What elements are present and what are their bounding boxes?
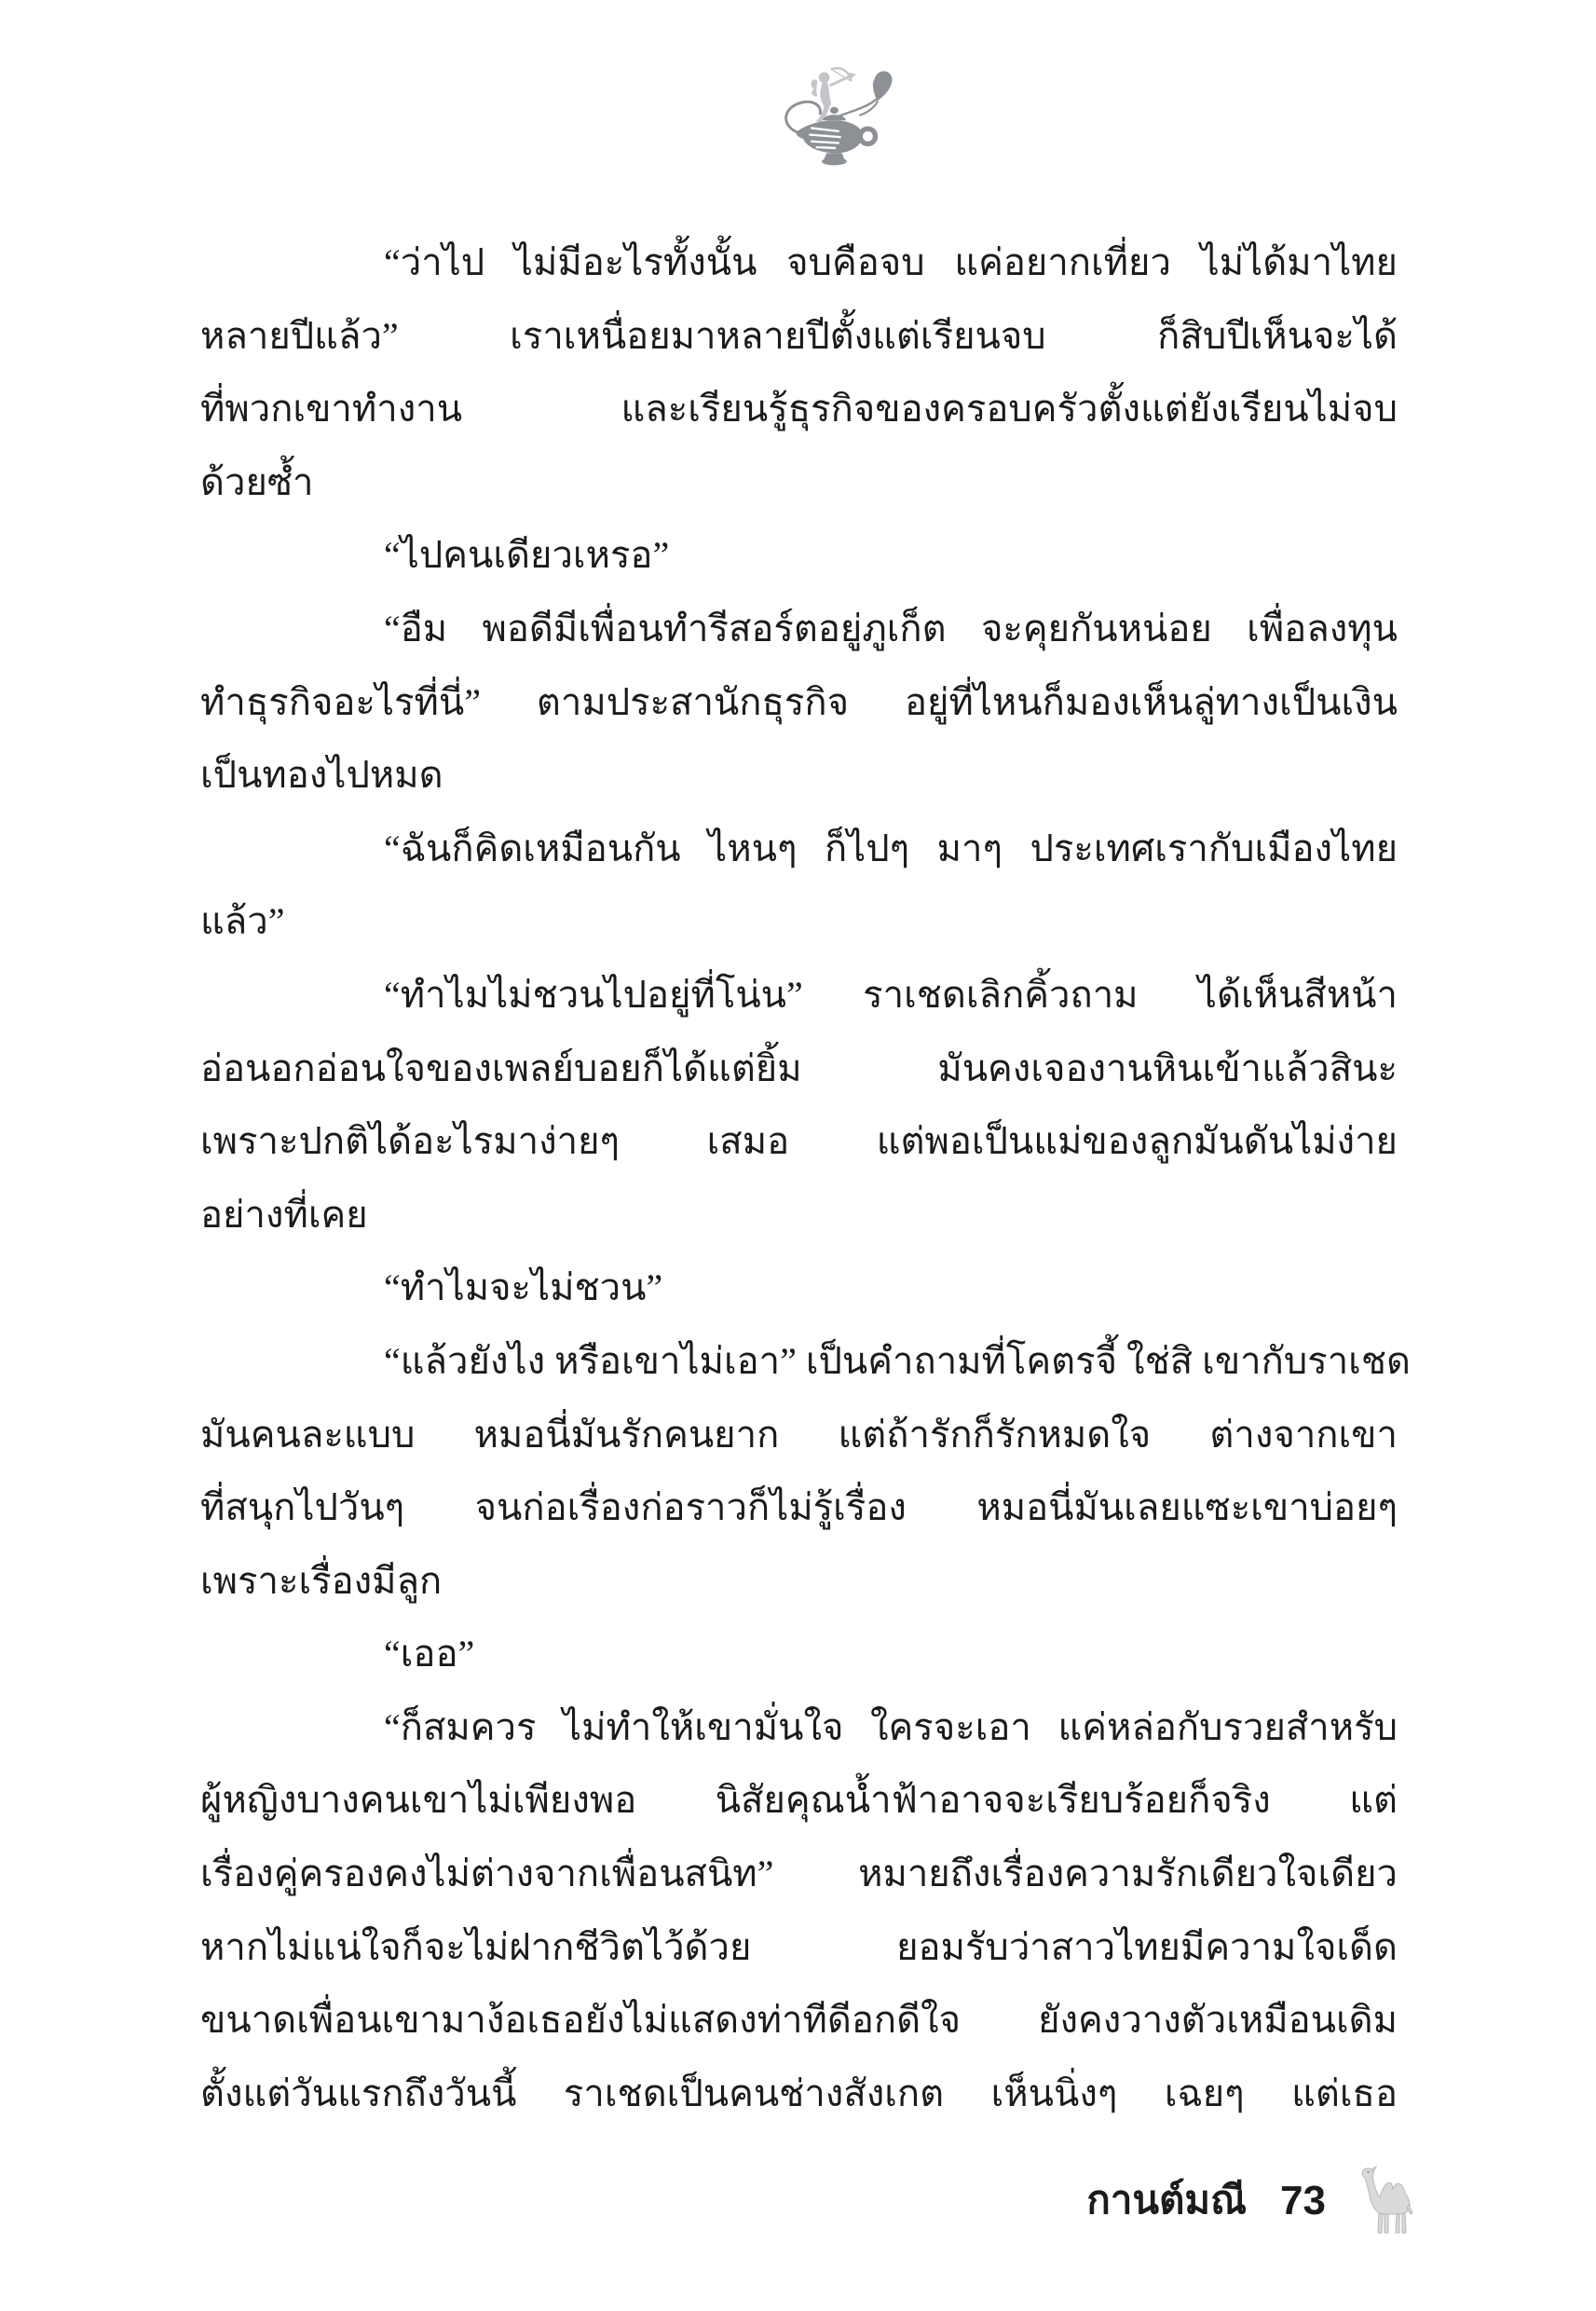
text-line: “เออ” bbox=[200, 1618, 1398, 1691]
text-line: มันคนละแบบ หมอนี่มันรักคนยาก แต่ถ้ารักก็… bbox=[200, 1399, 1398, 1472]
text-line: “แล้วยังไง หรือเขาไม่เอา” เป็นคำถามที่โค… bbox=[200, 1325, 1398, 1399]
text-line: ขนาดเพื่อนเขามาง้อเธอยังไม่แสดงท่าทีดีอก… bbox=[200, 1984, 1398, 2058]
text-line: ทำธุรกิจอะไรที่นี่” ตามประสานักธุรกิจ อย… bbox=[200, 666, 1398, 740]
text-line: “ทำไมจะไม่ชวน” bbox=[200, 1251, 1398, 1325]
text-line: “ฉันก็คิดเหมือนกัน ไหนๆ ก็ไปๆ มาๆ ประเทศ… bbox=[200, 813, 1398, 886]
lamp-cupid-ornament-icon bbox=[779, 54, 896, 173]
text-line: ที่พวกเขาทำงาน และเรียนรู้ธุรกิจของครอบค… bbox=[200, 373, 1398, 446]
body-text: “ว่าไป ไม่มีอะไรทั้งนั้น จบคือจบ แค่อยาก… bbox=[200, 226, 1398, 2130]
text-line: เรื่องคู่ครองคงไม่ต่างจากเพื่อนสนิท” หมา… bbox=[200, 1838, 1398, 1911]
text-line: “ก็สมควร ไม่ทำให้เขามั่นใจ ใครจะเอา แค่ห… bbox=[200, 1691, 1398, 1765]
book-page: “ว่าไป ไม่มีอะไรทั้งนั้น จบคือจบ แค่อยาก… bbox=[0, 0, 1596, 2311]
text-line: เป็นทองไปหมด bbox=[200, 739, 1398, 813]
camel-icon bbox=[1354, 2164, 1421, 2238]
text-line: “ไปคนเดียวเหรอ” bbox=[200, 519, 1398, 593]
text-line: แล้ว” bbox=[200, 885, 1398, 959]
footer-book-title: กานต์มณี bbox=[1086, 2164, 1247, 2238]
text-line: เพราะปกติได้อะไรมาง่ายๆ เสมอ แต่พอเป็นแม… bbox=[200, 1105, 1398, 1179]
text-line: อย่างที่เคย bbox=[200, 1179, 1398, 1252]
text-line: “ทำไมไม่ชวนไปอยู่ที่โน่น” ราเชดเลิกคิ้วถ… bbox=[200, 959, 1398, 1032]
text-line: “อืม พอดีมีเพื่อนทำรีสอร์ตอยู่ภูเก็ต จะค… bbox=[200, 593, 1398, 666]
text-line: หากไม่แน่ใจก็จะไม่ฝากชีวิตไว้ด้วย ยอมรับ… bbox=[200, 1911, 1398, 1985]
text-line: ตั้งแต่วันแรกถึงวันนี้ ราเชดเป็นคนช่างสั… bbox=[200, 2058, 1398, 2131]
text-line: ที่สนุกไปวันๆ จนก่อเรื่องก่อราวก็ไม่รู้เ… bbox=[200, 1471, 1398, 1545]
text-line: “ว่าไป ไม่มีอะไรทั้งนั้น จบคือจบ แค่อยาก… bbox=[200, 226, 1398, 300]
text-line: เพราะเรื่องมีลูก bbox=[200, 1545, 1398, 1619]
text-line: อ่อนอกอ่อนใจของเพลย์บอยก็ได้แต่ยิ้ม มันค… bbox=[200, 1032, 1398, 1106]
footer-page-number: 73 bbox=[1280, 2164, 1326, 2238]
text-line: ผู้หญิงบางคนเขาไม่เพียงพอ นิสัยคุณน้ำฟ้า… bbox=[200, 1764, 1398, 1838]
page-footer: กานต์มณี 73 bbox=[1086, 2164, 1421, 2238]
text-line: ด้วยซ้ำ bbox=[200, 446, 1398, 520]
text-line: หลายปีแล้ว” เราเหนื่อยมาหลายปีตั้งแต่เรี… bbox=[200, 300, 1398, 374]
